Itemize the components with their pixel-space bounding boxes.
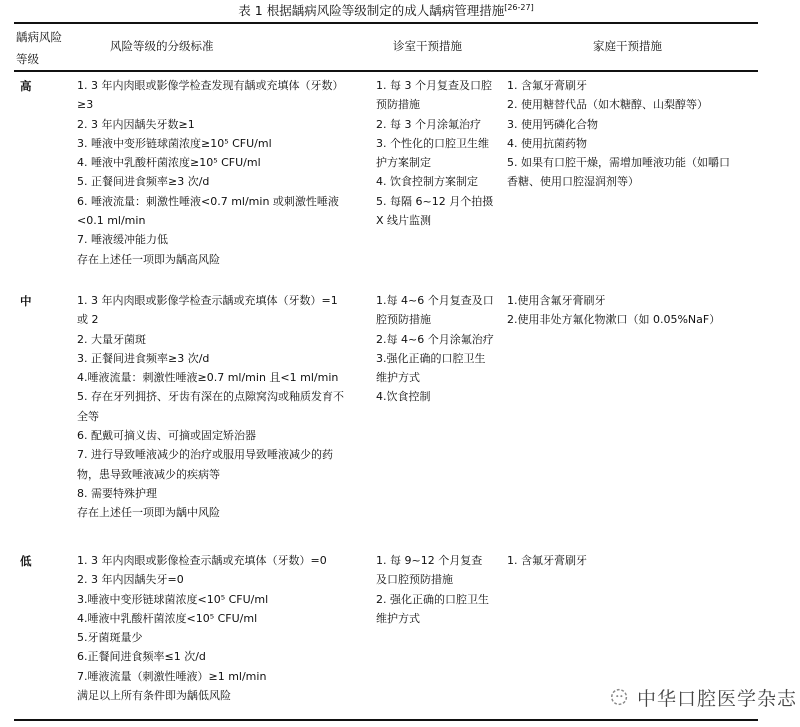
criteria-line: 2. 大量牙菌斑: [77, 330, 344, 349]
criteria-line: 6.正餐间进食频率≤1 次/d: [77, 647, 327, 666]
clinic-line: 3.强化正确的口腔卫生: [376, 349, 494, 368]
clinic-line: 护方案制定: [376, 153, 493, 172]
risk-level-medium: 中: [20, 292, 32, 311]
table-header-rule: [14, 70, 758, 72]
table-title-text: 表 1 根据龋病风险等级制定的成人龋病管理措施: [238, 3, 504, 18]
clinic-line: 维护方式: [376, 368, 494, 387]
home-line: 2.使用非处方氟化物漱口（如 0.05%NaF）: [507, 310, 720, 329]
table-top-rule: [14, 22, 758, 24]
criteria-line: 3.唾液中变形链球菌浓度<10⁵ CFU/ml: [77, 590, 327, 609]
risk-level-high: 高: [20, 77, 32, 96]
header-level-line1: 龋病风险: [16, 28, 62, 47]
clinic-medium: 1.每 4~6 个月复查及口 腔预防措施 2.每 4~6 个月涂氟治疗 3.强化…: [376, 291, 494, 407]
criteria-line: 或 2: [77, 310, 344, 329]
criteria-line: 3. 正餐间进食频率≥3 次/d: [77, 349, 344, 368]
clinic-line: 及口腔预防措施: [376, 570, 489, 589]
criteria-line: 3. 唾液中变形链球菌浓度≥10⁵ CFU/ml: [77, 134, 344, 153]
home-line: 香糖、使用口腔湿润剂等）: [507, 172, 730, 191]
clinic-line: 4.饮食控制: [376, 387, 494, 406]
clinic-line: 1. 每 3 个月复查及口腔: [376, 76, 493, 95]
home-line: 4. 使用抗菌药物: [507, 134, 730, 153]
journal-watermark: 中华口腔医学杂志: [609, 683, 797, 711]
criteria-line: 1. 3 年内肉眼或影像学检查发现有龋或充填体（牙数）: [77, 76, 344, 95]
criteria-line: 5.牙菌斑量少: [77, 628, 327, 647]
clinic-line: 2. 强化正确的口腔卫生: [376, 590, 489, 609]
criteria-line: 2. 3 年内因龋失牙=0: [77, 570, 327, 589]
criteria-line: 6. 唾液流量：刺激性唾液<0.7 ml/min 或刺激性唾液: [77, 192, 344, 211]
criteria-low: 1. 3 年内肉眼或影像检查示龋或充填体（牙数）=0 2. 3 年内因龋失牙=0…: [77, 551, 327, 705]
header-criteria: 风险等级的分级标准: [110, 37, 214, 56]
header-level: 龋病风险 等级: [16, 28, 62, 69]
criteria-line: 1. 3 年内肉眼或影像检查示龋或充填体（牙数）=0: [77, 551, 327, 570]
home-line: 2. 使用糖替代品（如木糖醇、山梨醇等）: [507, 95, 730, 114]
home-line: 1. 含氟牙膏刷牙: [507, 76, 730, 95]
criteria-line: ≥3: [77, 95, 344, 114]
home-line: 1. 含氟牙膏刷牙: [507, 551, 587, 570]
criteria-line: 存在上述任一项即为龋高风险: [77, 250, 344, 269]
home-line: 5. 如果有口腔干燥，需增加唾液功能（如嚼口: [507, 153, 730, 172]
citation-ref: [26-27]: [504, 3, 534, 12]
home-low: 1. 含氟牙膏刷牙: [507, 551, 587, 570]
clinic-line: 预防措施: [376, 95, 493, 114]
wechat-search-icon: [609, 686, 631, 708]
criteria-line: 2. 3 年内因龋失牙数≥1: [77, 115, 344, 134]
clinic-line: 1. 每 9~12 个月复查: [376, 551, 489, 570]
watermark-text: 中华口腔医学杂志: [637, 684, 797, 711]
clinic-line: 3. 个性化的口腔卫生维: [376, 134, 493, 153]
clinic-high: 1. 每 3 个月复查及口腔 预防措施 2. 每 3 个月涂氟治疗 3. 个性化…: [376, 76, 493, 230]
table-title: 表 1 根据龋病风险等级制定的成人龋病管理措施[26-27]: [0, 2, 772, 20]
criteria-line: 满足以上所有条件即为龋低风险: [77, 686, 327, 705]
criteria-line: <0.1 ml/min: [77, 211, 344, 230]
criteria-medium: 1. 3 年内肉眼或影像学检查示龋或充填体（牙数）=1 或 2 2. 大量牙菌斑…: [77, 291, 344, 523]
criteria-line: 7.唾液流量（刺激性唾液）≥1 ml/min: [77, 667, 327, 686]
table-bottom-rule: [14, 719, 758, 721]
criteria-line: 8. 需要特殊护理: [77, 484, 344, 503]
header-level-line2: 等级: [16, 50, 62, 69]
criteria-line: 物，患导致唾液减少的疾病等: [77, 465, 344, 484]
home-line: 1.使用含氟牙膏刷牙: [507, 291, 720, 310]
header-clinic: 诊室干预措施: [393, 37, 462, 56]
home-high: 1. 含氟牙膏刷牙 2. 使用糖替代品（如木糖醇、山梨醇等） 3. 使用钙磷化合…: [507, 76, 730, 192]
criteria-line: 4. 唾液中乳酸杆菌浓度≥10⁵ CFU/ml: [77, 153, 344, 172]
clinic-line: 2. 每 3 个月涂氟治疗: [376, 115, 493, 134]
criteria-line: 4.唾液流量：刺激性唾液≥0.7 ml/min 且<1 ml/min: [77, 368, 344, 387]
clinic-line: 维护方式: [376, 609, 489, 628]
header-home: 家庭干预措施: [593, 37, 662, 56]
clinic-line: 腔预防措施: [376, 310, 494, 329]
home-medium: 1.使用含氟牙膏刷牙 2.使用非处方氟化物漱口（如 0.05%NaF）: [507, 291, 720, 330]
criteria-line: 1. 3 年内肉眼或影像学检查示龋或充填体（牙数）=1: [77, 291, 344, 310]
clinic-line: 1.每 4~6 个月复查及口: [376, 291, 494, 310]
criteria-line: 全等: [77, 407, 344, 426]
clinic-low: 1. 每 9~12 个月复查 及口腔预防措施 2. 强化正确的口腔卫生 维护方式: [376, 551, 489, 628]
criteria-line: 7. 进行导致唾液减少的治疗或服用导致唾液减少的药: [77, 445, 344, 464]
clinic-line: 2.每 4~6 个月涂氟治疗: [376, 330, 494, 349]
clinic-line: 4. 饮食控制方案制定: [376, 172, 493, 191]
criteria-high: 1. 3 年内肉眼或影像学检查发现有龋或充填体（牙数） ≥3 2. 3 年内因龋…: [77, 76, 344, 269]
criteria-line: 6. 配戴可摘义齿、可摘或固定矫治器: [77, 426, 344, 445]
criteria-line: 5. 正餐间进食频率≥3 次/d: [77, 172, 344, 191]
criteria-line: 存在上述任一项即为龋中风险: [77, 503, 344, 522]
clinic-line: 5. 每隔 6~12 月个拍摄: [376, 192, 493, 211]
home-line: 3. 使用钙磷化合物: [507, 115, 730, 134]
clinic-line: X 线片监测: [376, 211, 493, 230]
criteria-line: 4.唾液中乳酸杆菌浓度<10⁵ CFU/ml: [77, 609, 327, 628]
criteria-line: 5. 存在牙列拥挤、牙齿有深在的点隙窝沟或釉质发育不: [77, 387, 344, 406]
criteria-line: 7. 唾液缓冲能力低: [77, 230, 344, 249]
risk-level-low: 低: [20, 552, 32, 571]
